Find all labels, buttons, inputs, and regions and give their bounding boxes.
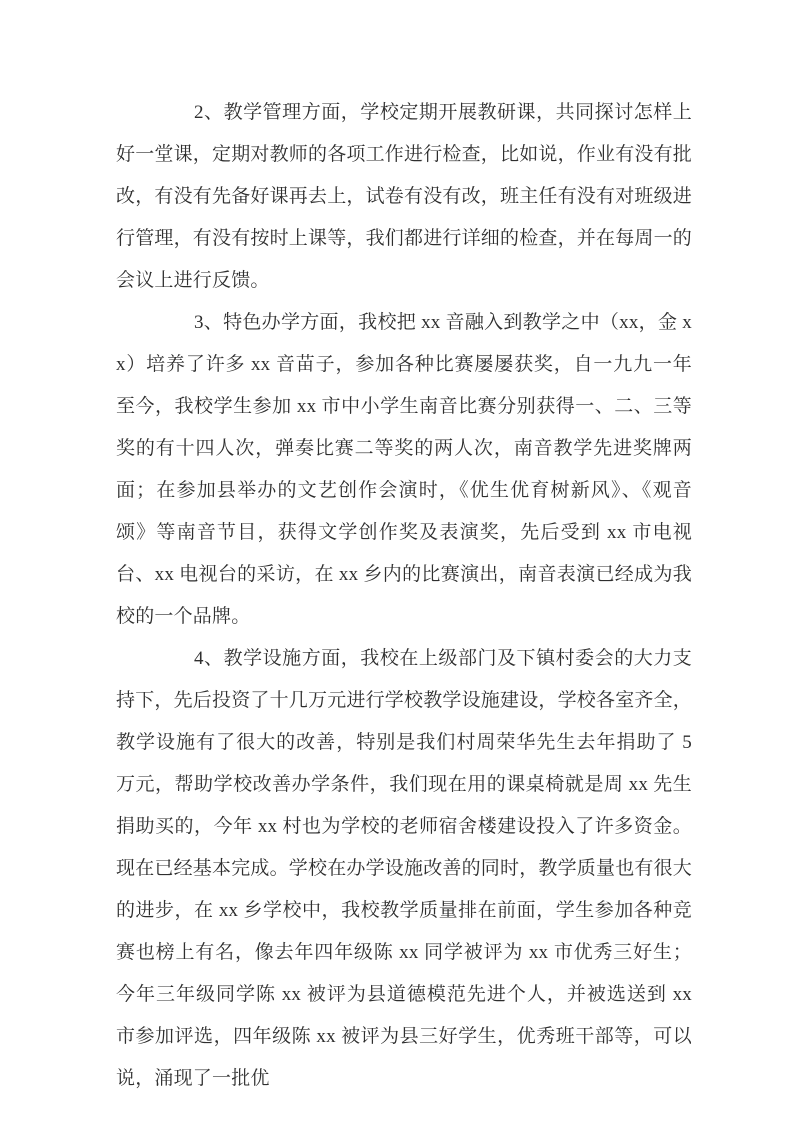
paragraph-teaching-management: 2、教学管理方面，学校定期开展教研课，共同探讨怎样上好一堂课，定期对教师的各项工… xyxy=(116,92,692,302)
paragraph-school-characteristics: 3、特色办学方面，我校把 xx 音融入到教学之中（xx，金 xx）培养了许多 x… xyxy=(116,302,692,638)
paragraph-teaching-facilities: 4、教学设施方面，我校在上级部门及下镇村委会的大力支持下，先后投资了十几万元进行… xyxy=(116,638,692,1100)
document-page: 2、教学管理方面，学校定期开展教研课，共同探讨怎样上好一堂课，定期对教师的各项工… xyxy=(0,0,793,1122)
document-body: 2、教学管理方面，学校定期开展教研课，共同探讨怎样上好一堂课，定期对教师的各项工… xyxy=(116,92,692,1100)
